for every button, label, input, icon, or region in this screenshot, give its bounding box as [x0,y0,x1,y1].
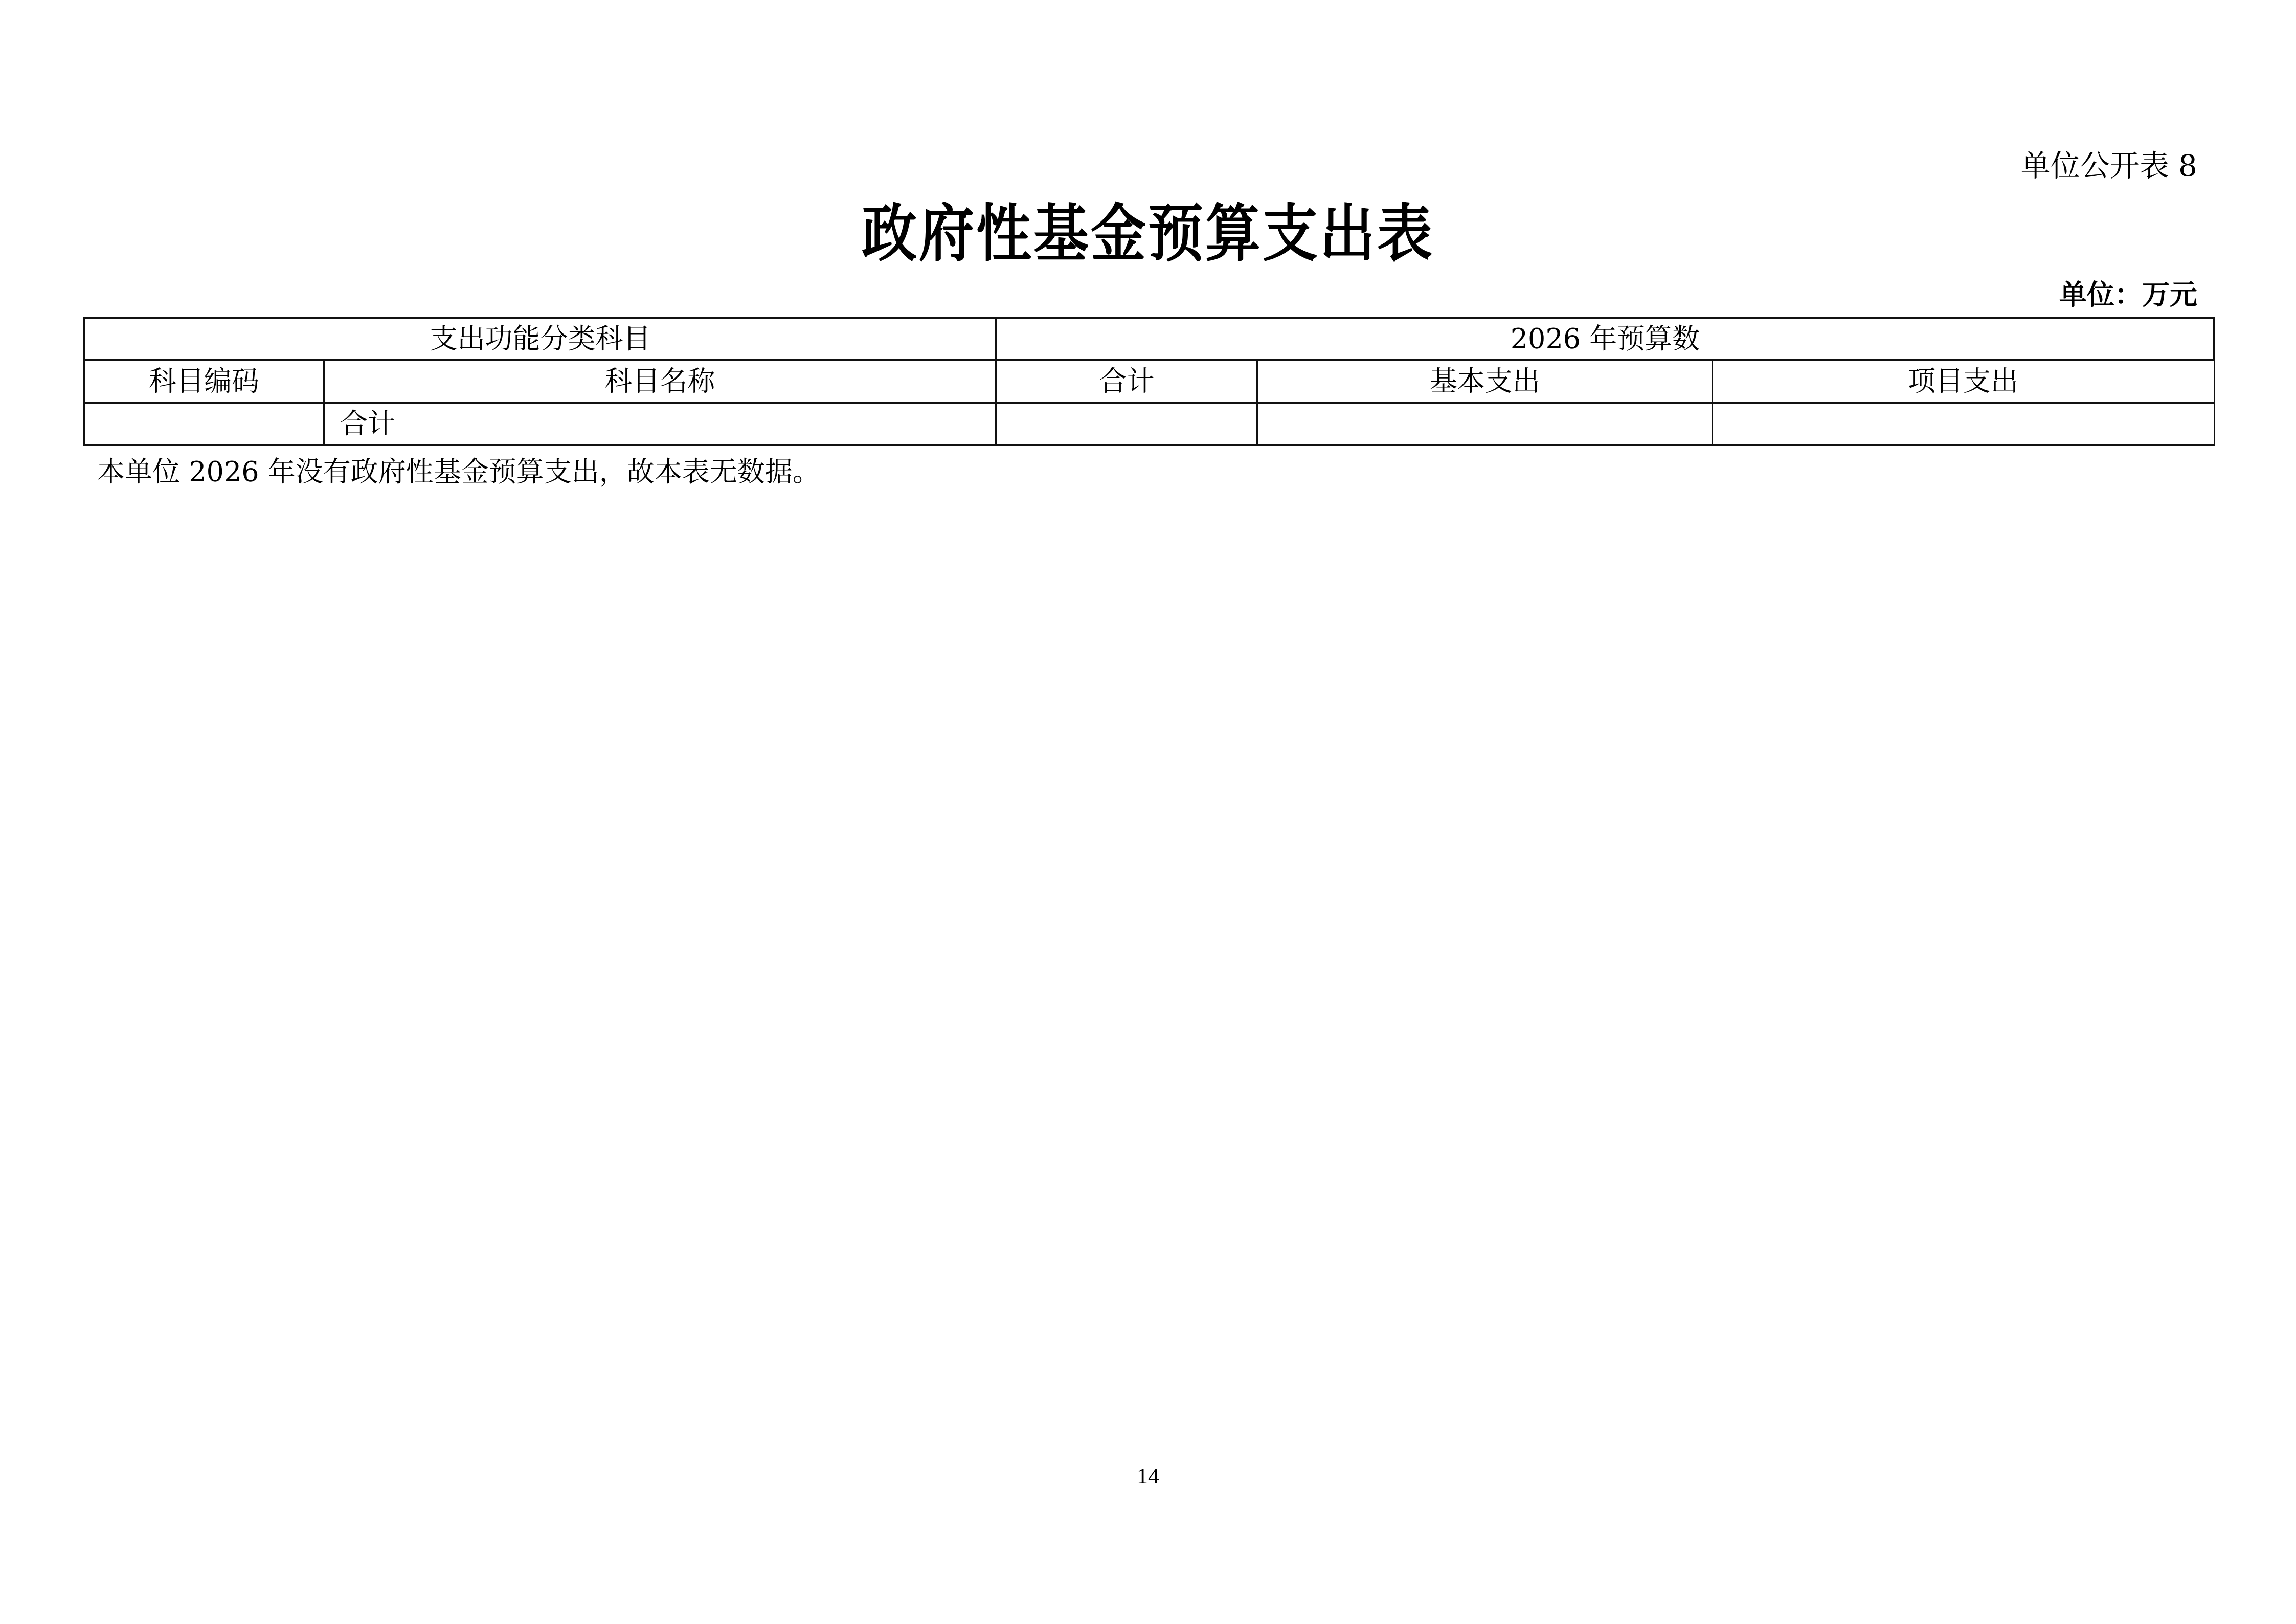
cell-name: 合计 [324,403,996,445]
column-header-row: 科目编码 科目名称 合计 基本支出 项目支出 [84,360,2214,403]
table-row: 合计 [84,403,2214,445]
page-title: 政府性基金预算支出表 [0,194,2296,272]
cell-total [996,403,1257,445]
budget-expenditure-table: 支出功能分类科目 2026 年预算数 科目编码 科目名称 合计 基本支出 项目支… [83,317,2215,446]
table-note: 本单位 2026 年没有政府性基金预算支出，故本表无数据。 [97,454,820,490]
header-name: 科目名称 [324,360,996,403]
header-total: 合计 [996,360,1257,403]
header-project: 项目支出 [1712,360,2214,403]
header-code: 科目编码 [84,360,324,403]
header-category-group: 支出功能分类科目 [84,318,996,360]
unit-label: 单位：万元 [2059,276,2197,313]
group-header-row: 支出功能分类科目 2026 年预算数 [84,318,2214,360]
form-id-label: 单位公开表 8 [2021,146,2197,185]
cell-code [84,403,324,445]
cell-project [1712,403,2214,445]
page-number: 14 [0,1462,2296,1490]
header-basic: 基本支出 [1257,360,1712,403]
header-budget-group: 2026 年预算数 [996,318,2214,360]
cell-basic [1257,403,1712,445]
